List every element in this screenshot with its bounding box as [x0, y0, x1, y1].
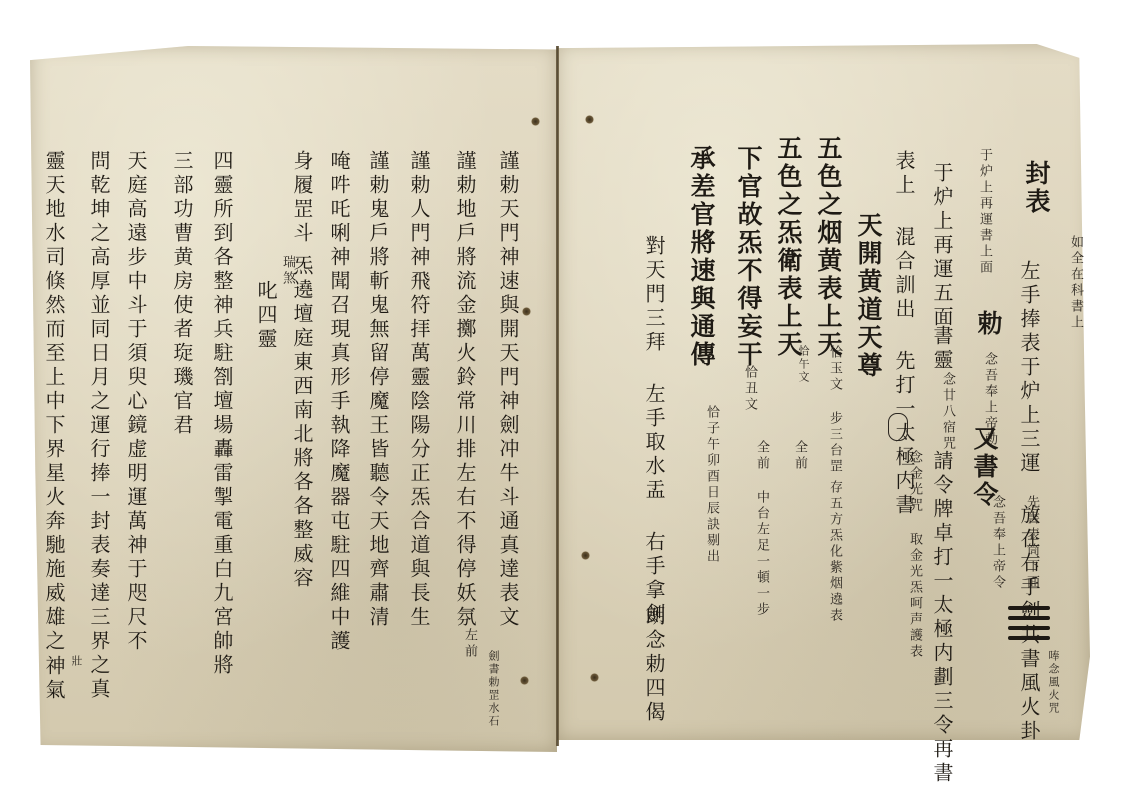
- text-column: 謹勅人門神飛符拝萬靈陰陽分正炁合道與長生: [405, 150, 434, 630]
- binding-hole: [522, 307, 531, 316]
- text-column: 謹勅地戶將流金擲火鈴常川排左右不得停妖氛: [451, 150, 480, 630]
- text-column: 恰丑文: [740, 365, 759, 413]
- text-column: 劍書勅罡水石: [485, 650, 501, 728]
- text-column: 下官故炁不得妄干: [730, 145, 766, 369]
- text-column: 恰玉文 步三台罡: [825, 345, 844, 475]
- text-column: 叱四靈: [252, 280, 281, 352]
- text-column: 靈天地水司倏然而至上中下界星火奔馳施威雄之: [40, 150, 69, 654]
- text-column: 壯: [68, 655, 84, 668]
- taiji-seal-mark: [888, 413, 908, 441]
- text-column: 念廿八宿咒: [938, 372, 957, 452]
- text-column: 唪念風火咒: [1045, 650, 1061, 715]
- text-column: 天開黄道天尊: [850, 212, 886, 380]
- text-column: 左手捧表于炉上三運 放在右手劍共書風火卦: [1015, 260, 1044, 480]
- book-spine: [556, 46, 559, 746]
- text-column: 五色之炁衛表上天: [770, 135, 806, 359]
- text-column: 如全在科書上: [1066, 235, 1085, 331]
- binding-hole: [520, 676, 529, 685]
- text-column: 全前 中台左足一頓一步: [752, 440, 771, 618]
- text-column: 問乾坤之高厚並同日月之運行捧一封表奏達三界之真: [85, 150, 114, 702]
- text-column: 承差官將速與通傳: [683, 145, 719, 369]
- text-column: 存五方炁化紫烟遶表: [825, 480, 844, 624]
- text-column: 炁遶壇庭東西南北將各各整威容: [288, 255, 317, 591]
- text-column: 書靈: [928, 325, 957, 373]
- text-column: 朗念勅四偈: [640, 605, 669, 725]
- text-column: 念吾奉上帝令: [988, 495, 1007, 591]
- binding-hole: [590, 673, 599, 682]
- text-column: 謹勅鬼戶將斬鬼無留停魔王皆聽令天地齊肅清: [364, 150, 393, 630]
- text-column: 五色之烟黄表上天: [810, 135, 846, 359]
- text-column: 請令牌卓打一太極内劃三令再書: [928, 450, 957, 786]
- binding-hole: [531, 117, 540, 126]
- text-column: 三部功曹黄房使者琁璣官君: [168, 150, 197, 438]
- text-column: 先書表筒下面: [1022, 495, 1041, 591]
- text-column: 謹勅天門神速與開天門神劍冲牛斗通真達表文: [494, 150, 523, 630]
- text-column: 神氣: [40, 655, 69, 703]
- text-column: 全前: [790, 440, 809, 472]
- text-column: 四靈所到各整神兵駐劄壇場轟雷掣電重白九宮帥將: [208, 150, 237, 678]
- open-manuscript: 封表 如全在科書上 左手捧表于炉上三運 放在右手劍共書風火卦 先書表筒下面 唪念…: [0, 0, 1123, 793]
- binding-hole: [585, 115, 594, 124]
- text-column: 于炉上再運書上面: [975, 148, 994, 276]
- text-column: 對天門三拜 左手取水盂 右手拿劍: [640, 235, 669, 627]
- text-column: 念金光咒 取金光炁呵声護表: [905, 450, 924, 660]
- text-column: 恰子午卯酉日辰訣剔出: [702, 405, 721, 565]
- text-column: 身履罡斗: [288, 150, 317, 246]
- text-column: 勅: [970, 310, 1006, 338]
- text-column: 左前: [460, 628, 479, 660]
- binding-hole: [581, 551, 590, 560]
- text-column: 于炉上再運五面: [928, 162, 957, 330]
- text-column: 唵吽吒唎神聞召現真形手執降魔器屯駐四維中護: [325, 150, 354, 654]
- text-column: 天庭高遠步中斗于須臾心鏡虚明運萬神于咫尺不: [122, 150, 151, 654]
- section-title: 封表: [1018, 160, 1054, 216]
- wind-fire-trigram: [1008, 600, 1050, 646]
